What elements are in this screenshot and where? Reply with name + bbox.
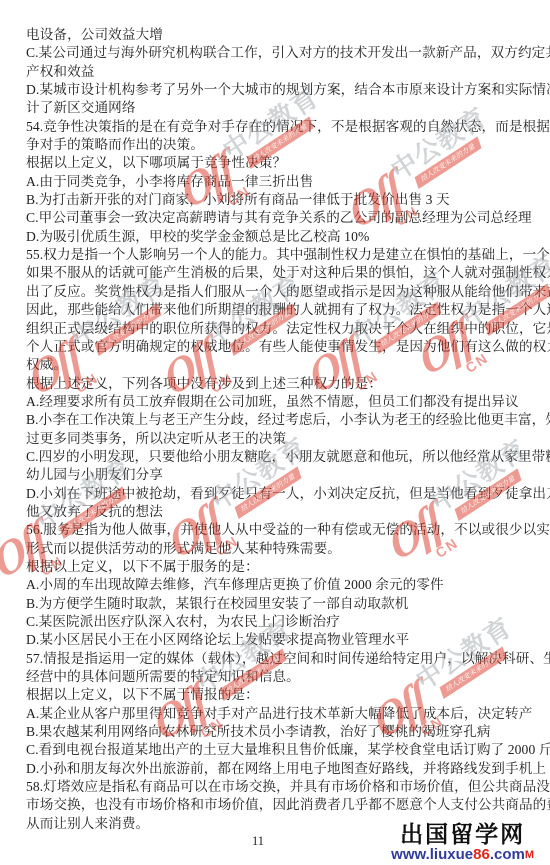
text-line: C.四岁的小明发现，只要他给小朋友糖吃，小朋友就愿意和他玩，所以他经常从家里带糖… <box>26 448 531 466</box>
text-line: D.为吸引优质生源，甲校的奖学金金额总是比乙校高 10% <box>26 228 531 246</box>
text-line: 58.灯塔效应是指私有商品可以在市场交换，并具有市场价格和市场价值，但公共商品没… <box>26 778 531 796</box>
text-line: 55.权力是指一个人影响另一个人的能力。其中强制性权力是建立在惧怕的基础上，一个… <box>26 246 531 264</box>
text-line: 出了反应。奖赏性权力是指人们服从一个人的愿望或指示是因为这种服从能给他们带来益处… <box>26 283 531 301</box>
text-line: 根据以上定义，以下不属于服务的是： <box>26 558 531 576</box>
text-line: 争对手的策略而作出的决策。 <box>26 136 531 154</box>
text-line: A.小周的车出现故障去维修，汽车修理店更换了价值 2000 余元的零件 <box>26 576 531 594</box>
text-line: B.为方便学生随时取款，某银行在校园里安装了一部自动取款机 <box>26 595 531 613</box>
text-line: C.某医院派出医疗队深入农村，为农民上门诊断治疗 <box>26 613 531 631</box>
site-url-prefix: www.liuxue <box>391 846 473 863</box>
text-line: C.看到电视台报道某地出产的土豆大量堆积且售价低廉，某学校食堂电话订购了 200… <box>26 741 531 759</box>
text-line: A.由于同类竞争，小李将库存商品一律三折出售 <box>26 173 531 191</box>
text-line: D.某小区居民小王在小区网络论坛上发贴要求提高物业管理水平 <box>26 631 531 649</box>
site-url-number: 86 <box>473 846 490 863</box>
text-line: A.某企业从客户那里得知竞争对手对产品进行技术革新大幅降低了成本后，决定转产 <box>26 705 531 723</box>
text-line: 个人正式或官方明确规定的权威地位。有些人能使事情发生，是因为他们有这么做的权力与 <box>26 338 531 356</box>
text-line: A.经理要求所有员工放弃假期在公司加班，虽然不情愿，但员工们都没有提出异议 <box>26 393 531 411</box>
text-line: 过更多同类事务，所以决定听从老王的决策 <box>26 430 531 448</box>
site-name: 出国留学网 <box>391 822 534 847</box>
text-line: D.小刘在下班途中被抢劫，看到歹徒只有一人，小刘决定反抗，但是当他看到歹徒拿出刀… <box>26 485 531 503</box>
text-line: 根据以上定义，以下不属于情报的是： <box>26 686 531 704</box>
text-line: 根据以上定义，以下哪项属于竞争性决策？ <box>26 154 531 172</box>
text-line: 产权和效益 <box>26 63 531 81</box>
text-line: 57.情报是指运用一定的媒体（载体），越过空间和时间传递给特定用户，以解决科研、… <box>26 650 531 668</box>
text-line: 电设备，公司效益大增 <box>26 26 531 44</box>
document-lines: 电设备，公司效益大增C.某公司通过与海外研究机构联合工作，引入对方的技术开发出一… <box>26 26 531 833</box>
text-line: C.某公司通过与海外研究机构联合工作，引入对方的技术开发出一款新产品，双方约定共… <box>26 44 531 62</box>
text-line: 组织正式层级结构中的职位所获得的权力。法定性权力取决于个人在组织中的职位，它是一 <box>26 320 531 338</box>
text-line: 经营中的具体问题所需要的特定知识和信息。 <box>26 668 531 686</box>
site-url-suffix: .com <box>490 846 525 863</box>
site-url-mark-icon: M <box>525 849 534 861</box>
site-url: www.liuxue86.comM <box>391 847 534 864</box>
text-line: 因此，那些能给人们带来他们所期望的报酬的人就拥有了权力。法定性权力是指一个人通过 <box>26 301 531 319</box>
site-logo: 出国留学网 www.liuxue86.comM <box>391 822 534 864</box>
text-line: 他又放弃了反抗的想法 <box>26 503 531 521</box>
text-line: D.某城市设计机构参考了另外一个大城市的规划方案，结合本市原来设计方案和实际情况… <box>26 81 531 99</box>
text-line: 根据上述定义，下列各项中没有涉及到上述三种权力的是： <box>26 375 531 393</box>
text-line: 市场交换，也没有市场价格和市场价值，因此消费者几乎都不愿意个人支付公共商品的费用… <box>26 796 531 814</box>
document-page: OſſCN中公教育给人改变未来的力量OſſCN中公教育给人改变未来的力量OſſC… <box>0 0 550 865</box>
text-line: 56.服务是指为他人做事，并使他人从中受益的一种有偿或无偿的活动，不以或很少以实… <box>26 521 531 539</box>
text-line: D.小孙和朋友每次外出旅游前，都在网络上用电子地图查好路线，并将路线发到手机上 <box>26 760 531 778</box>
text-line: B.小李在工作决策上与老王产生分歧，经过考虑后，小李认为老王的经验比他更丰富，处… <box>26 411 531 429</box>
text-line: 幼儿园与小朋友们分享 <box>26 466 531 484</box>
text-line: C.甲公司董事会一致决定高薪聘请与其有竞争关系的乙公司的副总经理为公司总经理 <box>26 209 531 227</box>
text-line: 计了新区交通网络 <box>26 99 531 117</box>
text-line: 54.竞争性决策指的是在有竞争对手存在的情况下，不是根据客观的自然状态，而是根据… <box>26 118 531 136</box>
text-line: 形式而以提供活劳动的形式满足他人某种特殊需要。 <box>26 540 531 558</box>
text-line: B.为打击新开张的对门商家，小刘将所有商品一律低于批发价出售 3 天 <box>26 191 531 209</box>
text-line: 如果不服从的话就可能产生消极的后果，处于对这种后果的惧怕，这个人就对强制性权力作 <box>26 264 531 282</box>
text-line: 权威。 <box>26 356 531 374</box>
text-line: B.果农越某利用网络向农林研究所技术员小李请教，治好了樱桃的褐班穿孔病 <box>26 723 531 741</box>
